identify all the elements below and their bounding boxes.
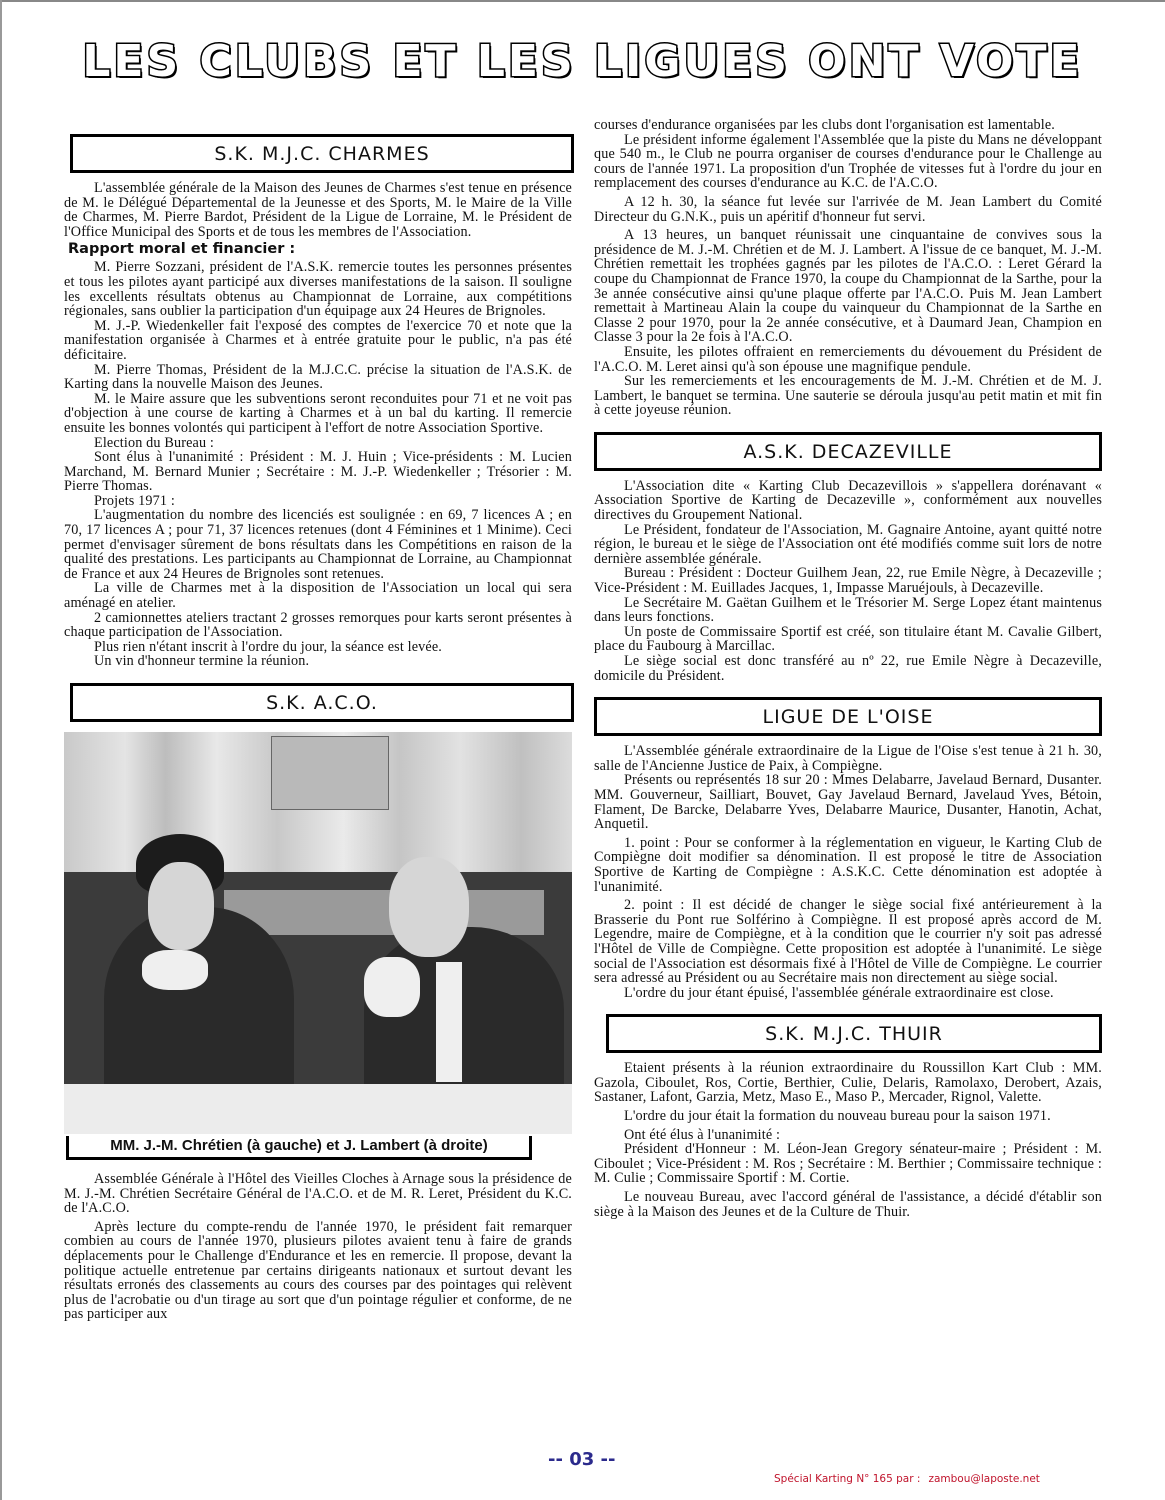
credit-line: Spécial Karting N° 165 par :zambou@lapos… (774, 1473, 1040, 1485)
paragraph: Après lecture du compte-rendu de l'année… (64, 1220, 572, 1322)
paragraph: Le président informe également l'Assembl… (594, 133, 1102, 191)
page-number: -- 03 -- (548, 1449, 615, 1470)
paragraph: L'Assemblée générale extraordinaire de l… (594, 744, 1102, 773)
article-aco-part2: courses d'endurance organisées par les c… (594, 118, 1102, 418)
person-left-face (148, 862, 214, 950)
table-shape (64, 1084, 572, 1134)
left-column: S.K. M.J.C. CHARMES L'assemblée générale… (64, 118, 572, 1322)
shelf-shape (224, 890, 544, 935)
paragraph: La ville de Charmes met à la disposition… (64, 581, 572, 610)
article-decazeville: L'Association dite « Karting Club Decaze… (594, 479, 1102, 683)
paragraph: 2. point : Il est décidé de changer le s… (594, 898, 1102, 986)
paragraph: Le siège social est donc transféré au nº… (594, 654, 1102, 683)
paragraph: Plus rien n'étant inscrit à l'ordre du j… (64, 640, 572, 655)
paragraph: M. J.-P. Wiedenkeller fait l'exposé des … (64, 319, 572, 363)
paragraph: Assemblée Générale à l'Hôtel des Vieille… (64, 1172, 572, 1216)
paragraph: Président d'Honneur : M. Léon-Jean Grego… (594, 1142, 1102, 1186)
person-right-hand (364, 957, 420, 1017)
page-top-border (0, 0, 1165, 2)
paragraph: Le Président, fondateur de l'Association… (594, 523, 1102, 567)
paragraph: Sur les remerciements et les encourageme… (594, 374, 1102, 418)
paragraph: Bureau : Président : Docteur Guilhem Jea… (594, 566, 1102, 595)
person-left-hands (142, 950, 208, 990)
paragraph: Un poste de Commissaire Sportif est créé… (594, 625, 1102, 654)
photo-chretien-lambert (64, 732, 572, 1134)
painting-image (271, 736, 389, 810)
right-column: courses d'endurance organisées par les c… (594, 118, 1102, 1219)
page-left-border (0, 0, 2, 1500)
paragraph: Présents ou représentés 18 sur 20 : Mmes… (594, 773, 1102, 831)
paragraph: Un vin d'honneur termine la réunion. (64, 654, 572, 669)
article-aco-part1: Assemblée Générale à l'Hôtel des Vieille… (64, 1172, 572, 1322)
paragraph: courses d'endurance organisées par les c… (594, 118, 1102, 133)
article-charmes: L'assemblée générale de la Maison des Je… (64, 181, 572, 669)
paragraph: Ont été élus à l'unanimité : (594, 1128, 1102, 1143)
paragraph: 2 camionnettes ateliers tractant 2 gross… (64, 611, 572, 640)
person-right-face (389, 857, 469, 957)
person-right (364, 927, 564, 1107)
paragraph: Etaient présents à la réunion extraordin… (594, 1061, 1102, 1105)
page-title: LES CLUBS ET LES LIGUES ONT VOTE (0, 36, 1165, 87)
paragraph: M. Pierre Sozzani, président de l'A.S.K.… (64, 260, 572, 318)
section-heading-decazeville: A.S.K. DECAZEVILLE (594, 432, 1102, 471)
article-thuir: Etaient présents à la réunion extraordin… (594, 1061, 1102, 1219)
paragraph: 1. point : Pour se conformer à la réglem… (594, 836, 1102, 894)
article-oise: L'Assemblée générale extraordinaire de l… (594, 744, 1102, 1000)
credit-label: Spécial Karting N° 165 par : (774, 1473, 920, 1485)
paragraph: L'assemblée générale de la Maison des Je… (64, 181, 572, 239)
paragraph: L'Association dite « Karting Club Decaze… (594, 479, 1102, 523)
paragraph: M. le Maire assure que les subventions s… (64, 392, 572, 436)
person-right-shirt (436, 962, 462, 1082)
paragraph: Le nouveau Bureau, avec l'accord général… (594, 1190, 1102, 1219)
paragraph: Election du Bureau : (64, 436, 572, 451)
paragraph: A 13 heures, un banquet réunissait une c… (594, 228, 1102, 345)
section-heading-thuir: S.K. M.J.C. THUIR (606, 1014, 1102, 1053)
subheading: Rapport moral et financier : (68, 241, 572, 257)
credit-email-link[interactable]: zambou@laposte.net (928, 1473, 1039, 1485)
paragraph: Sont élus à l'unanimité : Président : M.… (64, 450, 572, 494)
section-heading-oise: LIGUE DE L'OISE (594, 697, 1102, 736)
paragraph: L'ordre du jour étant épuisé, l'assemblé… (594, 986, 1102, 1001)
section-heading-charmes: S.K. M.J.C. CHARMES (70, 134, 574, 173)
paragraph: Le Secrétaire M. Gaëtan Guilhem et le Tr… (594, 596, 1102, 625)
photo-caption: MM. J.-M. Chrétien (à gauche) et J. Lamb… (66, 1136, 532, 1160)
paragraph: L'augmentation du nombre des licenciés e… (64, 508, 572, 581)
paragraph: A 12 h. 30, la séance fut levée sur l'ar… (594, 195, 1102, 224)
paragraph: Projets 1971 : (64, 494, 572, 509)
paragraph: L'ordre du jour était la formation du no… (594, 1109, 1102, 1124)
paragraph: Ensuite, les pilotes offraient en remerc… (594, 345, 1102, 374)
section-heading-aco: S.K. A.C.O. (70, 683, 574, 722)
paragraph: M. Pierre Thomas, Président de la M.J.C.… (64, 363, 572, 392)
photo-figure: MM. J.-M. Chrétien (à gauche) et J. Lamb… (64, 732, 572, 1160)
